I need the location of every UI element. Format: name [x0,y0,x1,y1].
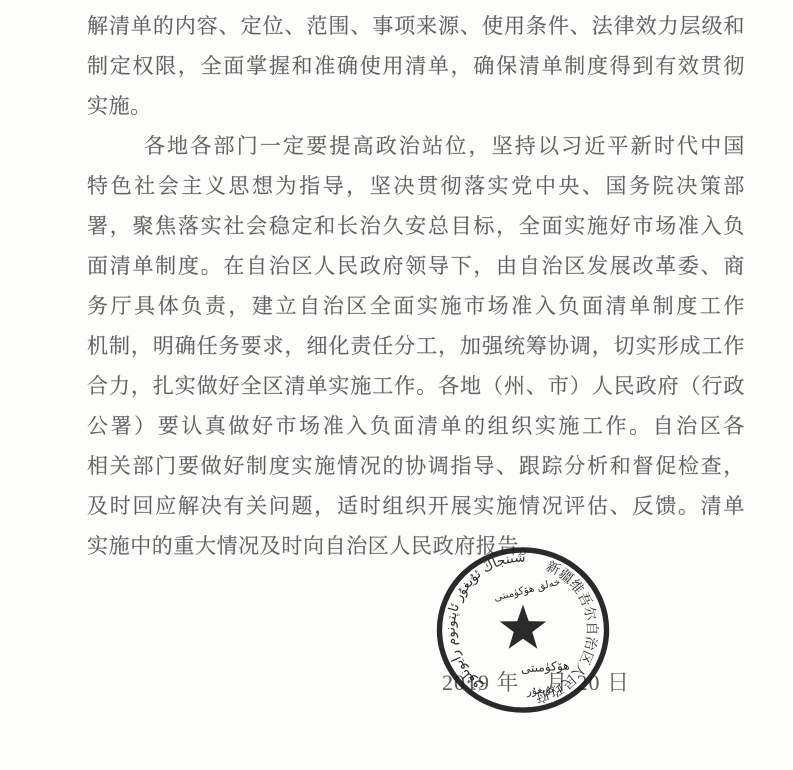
body-line: 实施。 [87,86,745,126]
seal-uyghur-inner-bottom2-text: ئۇيغۇر [525,682,555,698]
body-line: 相关部门要做好制度实施情况的协调指导、跟踪分析和督促检查， [87,446,745,486]
scanned-document-page: 解清单的内容、定位、范围、事项来源、使用条件、法律效力层级和 制定权限，全面掌握… [0,0,793,770]
body-line: 解清单的内容、定位、范围、事项来源、使用条件、法律效力层级和 [87,6,745,46]
body-line: 面清单制度。在自治区人民政府领导下，由自治区发展改革委、商 [87,246,745,286]
seal-uyghur-inner-bottom-text: ھۆكۈمىتى [520,658,570,676]
body-line: 务厅具体负责，建立自治区全面实施市场准入负面清单制度工作 [87,286,745,326]
body-line: 各地各部门一定要提高政治站位，坚持以习近平新时代中国 [87,126,745,166]
body-line: 署，聚焦落实社会稳定和长治久安总目标，全面实施好市场准入负 [87,206,745,246]
body-line: 及时回应解决有关问题，适时组织开展实施情况评估、反馈。清单 [87,486,745,526]
body-line: 公署）要认真做好市场准入负面清单的组织实施工作。自治区各 [87,406,745,446]
seal-star-icon [500,605,546,649]
body-line: 实施中的重大情况及时向自治区人民政府报告。 [87,526,745,566]
seal-uyghur-inner-top-text: خەلق ھۆكۈمىتى [493,576,562,604]
official-seal: شىنجاڭ ئۇيغۇر ئاپتونوم رايونلۇق 新疆维吾尔自治区… [435,546,611,714]
body-line: 机制，明确任务要求，细化责任分工，加强统筹协调，切实形成工作 [87,326,745,366]
body-line: 特色社会主义思想为指导，坚决贯彻落实党中央、国务院决策部 [87,166,745,206]
body-line: 制定权限，全面掌握和准确使用清单，确保清单制度得到有效贯彻 [87,46,745,86]
document-body: 解清单的内容、定位、范围、事项来源、使用条件、法律效力层级和 制定权限，全面掌握… [87,6,745,566]
body-line: 合力，扎实做好全区清单实施工作。各地（州、市）人民政府（行政 [87,366,745,406]
